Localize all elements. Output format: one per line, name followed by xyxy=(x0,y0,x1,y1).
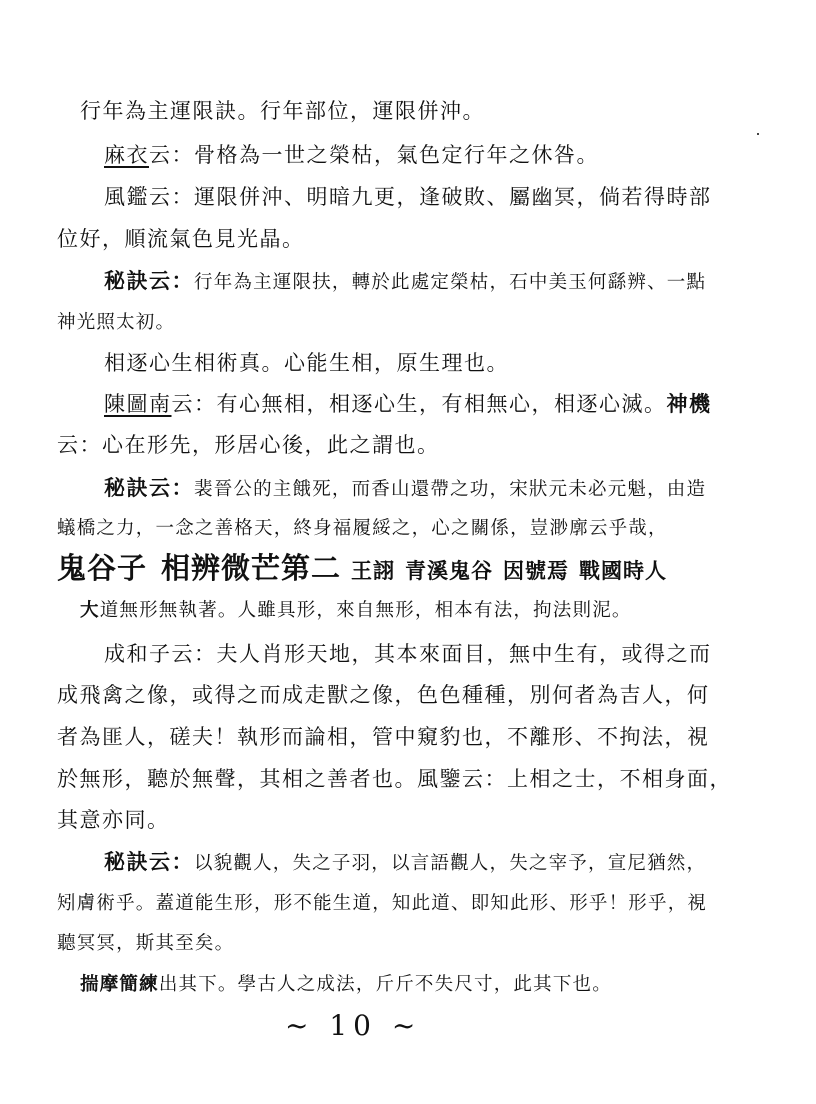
text: 位好，順流氣色見光晶。 xyxy=(57,227,305,251)
text: 行年為主運限扶，轉於此處定榮枯，石中美玉何繇辨、一點 xyxy=(194,272,706,293)
text: 聽冥冥，斯其至矣。 xyxy=(57,933,234,954)
text-line: 大道無形無執著。人雖具形，來自無形，相本有法，拘法則泥。 xyxy=(80,597,632,625)
text-line: 陳圖南云：有心無相，相逐心生，有相無心，相逐心滅。神機 xyxy=(104,390,712,418)
speaker-name: 陳圖南 xyxy=(104,392,172,416)
text: 云：骨格為一世之榮枯，氣色定行年之休咎。 xyxy=(149,143,599,167)
text: 神光照太初。 xyxy=(57,312,175,333)
text-line: 聽冥冥，斯其至矣。 xyxy=(57,930,234,958)
label-bold: 神機 xyxy=(667,391,712,416)
text: 道無形無執著。人雖具形，來自無形，相本有法，拘法則泥。 xyxy=(100,600,632,621)
text-line: 成和子云：夫人肖形天地，其本來面目，無中生有，或得之而 xyxy=(104,640,712,668)
text: 相逐心生相術真。心能生相，原生理也。 xyxy=(104,351,509,375)
text: 裴晉公的主餓死，而香山還帶之功，宋狀元未必元魁，由造 xyxy=(194,479,706,500)
text: 以貌觀人，失之子羽，以言語觀人，失之宰予，宣尼猶然， xyxy=(194,853,706,874)
heading-note: 戰國時人 xyxy=(579,558,667,583)
text-bold: 大 xyxy=(80,600,100,621)
text: 風鑑云：運限併沖、明暗九更，逢破敗、屬幽冥，倘若得時部 xyxy=(104,185,712,209)
text: 云：有心無相，相逐心生，有相無心，相逐心滅。 xyxy=(172,392,667,416)
text-line: 行年為主運限訣。行年部位，運限併沖。 xyxy=(80,97,485,125)
heading-title: 相辨微芒第二 xyxy=(161,551,341,585)
speaker-name: 麻衣 xyxy=(104,143,149,167)
text-line: 相逐心生相術真。心能生相，原生理也。 xyxy=(104,349,509,377)
heading-note: 王詡 xyxy=(351,558,395,583)
text: 行年為主運限訣。行年部位，運限併沖。 xyxy=(80,99,485,123)
text: 者為匪人，磋夫！執形而論相，管中窺豹也，不離形、不拘法，視 xyxy=(57,725,710,749)
text: 蟻橋之力，一念之善格天，終身福履綏之，心之關係，豈渺廓云乎哉， xyxy=(57,518,668,539)
text: 成和子云：夫人肖形天地，其本來面目，無中生有，或得之而 xyxy=(104,642,712,666)
text: 云：心在形先，形居心後，此之謂也。 xyxy=(57,433,440,457)
text-line: 云：心在形先，形居心後，此之謂也。 xyxy=(57,431,440,459)
text-line: 蟻橋之力，一念之善格天，終身福履綏之，心之關係，豈渺廓云乎哉， xyxy=(57,515,668,543)
text-line: 風鑑云：運限併沖、明暗九更，逢破敗、屬幽冥，倘若得時部 xyxy=(104,183,712,211)
label-bold: 秘訣云： xyxy=(104,268,194,293)
text-line: 麻衣云：骨格為一世之榮枯，氣色定行年之休咎。 xyxy=(104,141,599,169)
text-line: 秘訣云：以貌觀人，失之子羽，以言語觀人，失之宰予，宣尼猶然， xyxy=(104,848,706,878)
text-line: 秘訣云：裴晉公的主餓死，而香山還帶之功，宋狀元未必元魁，由造 xyxy=(104,474,706,504)
text: 出其下。學古人之成法，斤斤不失尺寸，此其下也。 xyxy=(159,974,612,995)
text: 於無形，聽於無聲，其相之善者也。風鑒云：上相之士，不相身面， xyxy=(57,767,732,791)
heading-note: 青溪鬼谷 xyxy=(405,558,493,583)
text-line: 者為匪人，磋夫！執形而論相，管中窺豹也，不離形、不拘法，視 xyxy=(57,723,710,751)
heading-title: 鬼谷子 xyxy=(57,551,147,585)
text-line: 成飛禽之像，或得之而成走獸之像，色色種種，別何者為吉人，何 xyxy=(57,681,710,709)
text-line: 矧膚術乎。蓋道能生形，形不能生道，知此道、即知此形、形乎！形乎，視 xyxy=(57,890,707,918)
label-bold: 秘訣云： xyxy=(104,849,194,874)
text-line: 位好，順流氣色見光晶。 xyxy=(57,225,305,253)
heading-note: 因號焉 xyxy=(503,558,569,583)
text: 矧膚術乎。蓋道能生形，形不能生道，知此道、即知此形、形乎！形乎，視 xyxy=(57,893,707,914)
text: 其意亦同。 xyxy=(57,808,170,832)
label-bold: 秘訣云： xyxy=(104,475,194,500)
text-bold: 揣摩簡練 xyxy=(80,974,159,995)
text-line: 揣摩簡練出其下。學古人之成法，斤斤不失尺寸，此其下也。 xyxy=(80,971,612,999)
text: 成飛禽之像，或得之而成走獸之像，色色種種，別何者為吉人，何 xyxy=(57,683,710,707)
text-line: 其意亦同。 xyxy=(57,806,170,834)
text-line: 於無形，聽於無聲，其相之善者也。風鑒云：上相之士，不相身面， xyxy=(57,765,732,793)
page-number: ~ 10 ~ xyxy=(285,1008,421,1044)
scan-speck xyxy=(757,133,759,135)
text-line: 秘訣云：行年為主運限扶，轉於此處定榮枯，石中美玉何繇辨、一點 xyxy=(104,267,706,297)
text-line: 神光照太初。 xyxy=(57,309,175,337)
section-heading: 鬼谷子相辨微芒第二王詡青溪鬼谷因號焉戰國時人 xyxy=(57,550,667,589)
